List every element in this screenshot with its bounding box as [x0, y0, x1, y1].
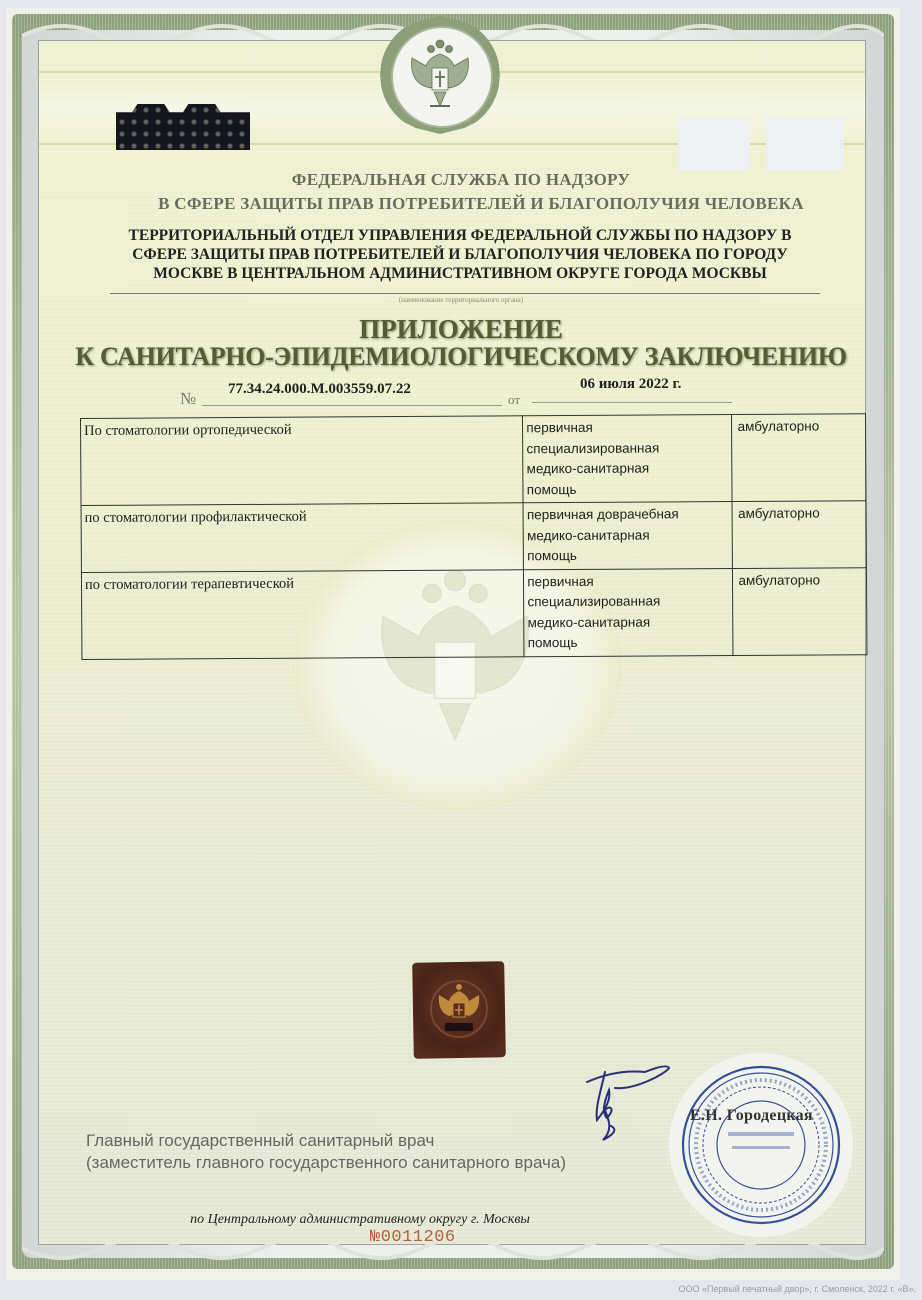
- table-row: По стоматологии ортопедической первичная…: [81, 414, 867, 506]
- blank-field-1: [678, 118, 750, 170]
- care-type-cell: первичная специализированная медико-сани…: [524, 568, 733, 656]
- printer-imprint: ООО «Первый печатный двор», г. Смоленск,…: [679, 1284, 916, 1294]
- blank-field-2: [766, 118, 844, 170]
- care-type-line: первичная доврачебная: [527, 504, 731, 526]
- care-type-line: первичная: [527, 571, 731, 593]
- condition-cell: амбулаторно: [732, 501, 867, 568]
- care-type-line: помощь: [527, 479, 731, 501]
- handwritten-signature-icon: [575, 1060, 675, 1150]
- service-cell: по стоматологии терапевтической: [81, 569, 524, 659]
- from-label: от: [508, 392, 520, 408]
- hologram-emblem-icon: [425, 975, 493, 1045]
- document-date: 06 июля 2022 г.: [580, 376, 681, 393]
- number-underline: [202, 405, 502, 406]
- table-row: по стоматологии терапевтической первична…: [81, 567, 867, 659]
- document-subtitle: К САНИТАРНО-ЭПИДЕМИОЛОГИЧЕСКОМУ ЗАКЛЮЧЕН…: [0, 342, 922, 372]
- services-table: По стоматологии ортопедической первичная…: [80, 413, 867, 659]
- care-type-line: помощь: [527, 545, 731, 567]
- care-type-line: медико-санитарная: [527, 458, 731, 480]
- bottom-wave-border: [22, 1244, 884, 1268]
- care-type-cell: первичная специализированная медико-сани…: [523, 415, 732, 503]
- condition-cell: амбулаторно: [732, 567, 867, 655]
- territorial-caption: (наименование территориального органа): [0, 296, 922, 304]
- territorial-underline: [110, 293, 820, 294]
- care-type-cell: первичная доврачебная медико-санитарная …: [523, 502, 732, 570]
- service-cell: По стоматологии ортопедической: [81, 416, 524, 506]
- condition-cell: амбулаторно: [731, 414, 866, 502]
- double-headed-eagle-emblem-icon: [404, 36, 476, 114]
- territorial-body-line: ТЕРРИТОРИАЛЬНЫЙ ОТДЕЛ УПРАВЛЕНИЯ ФЕДЕРАЛ…: [90, 226, 830, 245]
- signatory-title-line2: (заместитель главного государственного с…: [86, 1152, 566, 1174]
- signatory-name: Е.Н. Городецкая: [690, 1107, 813, 1125]
- serial-number: №0011206: [370, 1228, 456, 1247]
- care-type-line: помощь: [528, 632, 732, 654]
- territorial-body: ТЕРРИТОРИАЛЬНЫЙ ОТДЕЛ УПРАВЛЕНИЯ ФЕДЕРАЛ…: [90, 226, 830, 283]
- round-seal-stamp-icon: [666, 1050, 856, 1240]
- table-row: по стоматологии профилактической первичн…: [81, 501, 866, 572]
- care-type-line: медико-санитарная: [527, 525, 731, 547]
- signatory-title: Главный государственный санитарный врач …: [86, 1130, 566, 1174]
- care-type-line: специализированная: [527, 591, 731, 613]
- territorial-body-line: СФЕРЕ ЗАЩИТЫ ПРАВ ПОТРЕБИТЕЛЕЙ И БЛАГОПО…: [90, 245, 830, 264]
- care-type-line: специализированная: [526, 438, 730, 460]
- document-number: 77.34.24.000.М.003559.07.22: [228, 381, 411, 398]
- district-line: по Центральному административному округу…: [0, 1212, 690, 1228]
- service-cell: по стоматологии профилактической: [81, 503, 524, 572]
- agency-name-line2: В СФЕРЕ ЗАЩИТЫ ПРАВ ПОТРЕБИТЕЛЕЙ И БЛАГО…: [20, 194, 922, 214]
- document-title: ПРИЛОЖЕНИЕ: [0, 314, 922, 345]
- care-type-line: первичная: [526, 417, 730, 439]
- date-underline: [532, 402, 732, 403]
- care-type-line: медико-санитарная: [528, 612, 732, 634]
- signatory-title-line1: Главный государственный санитарный врач: [86, 1130, 566, 1152]
- number-sign: №: [180, 389, 196, 409]
- territorial-body-line: МОСКВЕ В ЦЕНТРАЛЬНОМ АДМИНИСТРАТИВНОМ ОК…: [90, 264, 830, 283]
- agency-name-line1: ФЕДЕРАЛЬНАЯ СЛУЖБА ПО НАДЗОРУ: [0, 170, 922, 190]
